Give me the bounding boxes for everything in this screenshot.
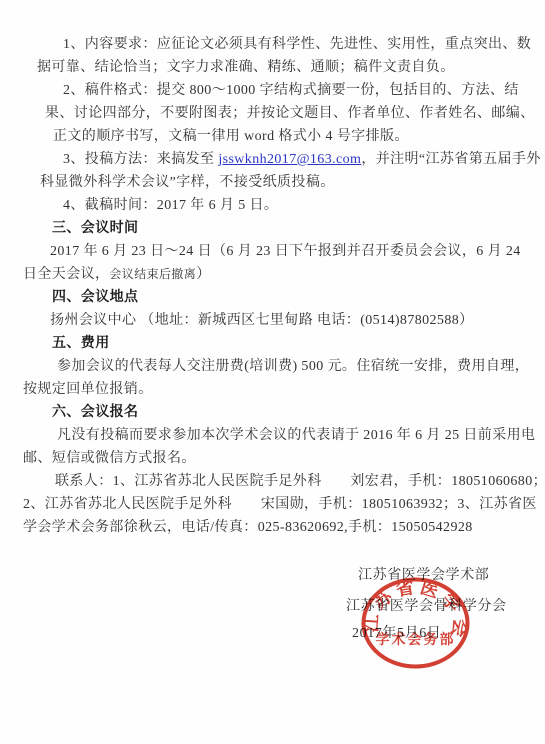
document-page: 1、内容要求：应征论文必须具有科学性、先进性、实用性，重点突出、数 据可靠、结论… <box>0 0 545 744</box>
doc-line: 据可靠、结论恰当；文字力求准确、精练、通顺；稿件文责自负。 <box>23 56 527 79</box>
heading-fees: 五、费用 <box>23 332 527 355</box>
doc-line: 2、稿件格式：提交 800～1000 字结构式摘要一份，包括目的、方法、结 <box>23 79 527 102</box>
doc-line: 科显微外科学术会议”字样，不接受纸质投稿。 <box>23 171 527 194</box>
submission-text-post: ，并注明“江苏省第五届手外 <box>361 152 540 167</box>
meeting-day-close: ） <box>196 267 210 282</box>
doc-line-contact-2: 2、江苏省苏北人民医院手足外科 宋国勋，手机：18051063932；3、江苏省… <box>23 493 527 516</box>
heading-registration: 六、会议报名 <box>23 401 527 424</box>
doc-line-submission: 3、投稿方法：来搞发至 jsswknh2017@163.com，并注明“江苏省第… <box>23 148 527 171</box>
document-body: 1、内容要求：应征论文必须具有科学性、先进性、实用性，重点突出、数 据可靠、结论… <box>23 33 527 539</box>
doc-line-contact-1: 联系人：1、江苏省苏北人民医院手足外科 刘宏君，手机：18051060680； <box>23 470 527 493</box>
signature-block: 江苏省医学会学术部 江苏省医学会骨科学分会 2017年5月6日 <box>346 564 507 645</box>
meeting-day-text: 日全天会议， <box>23 267 109 282</box>
doc-line: 果、讨论四部分，不要附图表；并按论文题目、作者单位、作者姓名、邮编、 <box>23 102 527 125</box>
doc-line-location: 扬州会议中心 （地址：新城西区七里甸路 电话：(0514)87802588） <box>23 309 527 332</box>
email-link[interactable]: jsswknh2017@163.com <box>218 152 361 167</box>
doc-line: 2017 年 6 月 23 日～24 日（6 月 23 日下午报到并召开委员会会… <box>23 240 527 263</box>
doc-line: 按规定回单位报销。 <box>23 378 527 401</box>
doc-line: 参加会议的代表每人交注册费(培训费) 500 元。住宿统一安排，费用自理， <box>23 355 527 378</box>
doc-line-contact-3: 学会学术会务部徐秋云，电话/传真：025-83620692,手机：1505054… <box>23 516 527 539</box>
signature-dept: 江苏省医学会学术部 <box>346 564 507 587</box>
meeting-end-note: 会议结束后撤离 <box>109 267 196 281</box>
heading-meeting-time: 三、会议时间 <box>23 217 527 240</box>
signature-date: 2017年5月6日 <box>346 622 507 645</box>
doc-line: 凡没有投稿而要求参加本次学术会议的代表请于 2016 年 6 月 25 日前采用… <box>23 424 527 447</box>
doc-line: 1、内容要求：应征论文必须具有科学性、先进性、实用性，重点突出、数 <box>23 33 527 56</box>
doc-line: 邮、短信或微信方式报名。 <box>23 447 527 470</box>
submission-text-pre: 3、投稿方法：来搞发至 <box>63 152 218 167</box>
heading-meeting-location: 四、会议地点 <box>23 286 527 309</box>
doc-line: 正文的顺序书写，文稿一律用 word 格式小 4 号字排版。 <box>23 125 527 148</box>
signature-branch: 江苏省医学会骨科学分会 <box>346 595 507 618</box>
doc-line: 日全天会议，会议结束后撤离） <box>23 263 527 286</box>
doc-line-deadline: 4、截稿时间：2017 年 6 月 5 日。 <box>23 194 527 217</box>
